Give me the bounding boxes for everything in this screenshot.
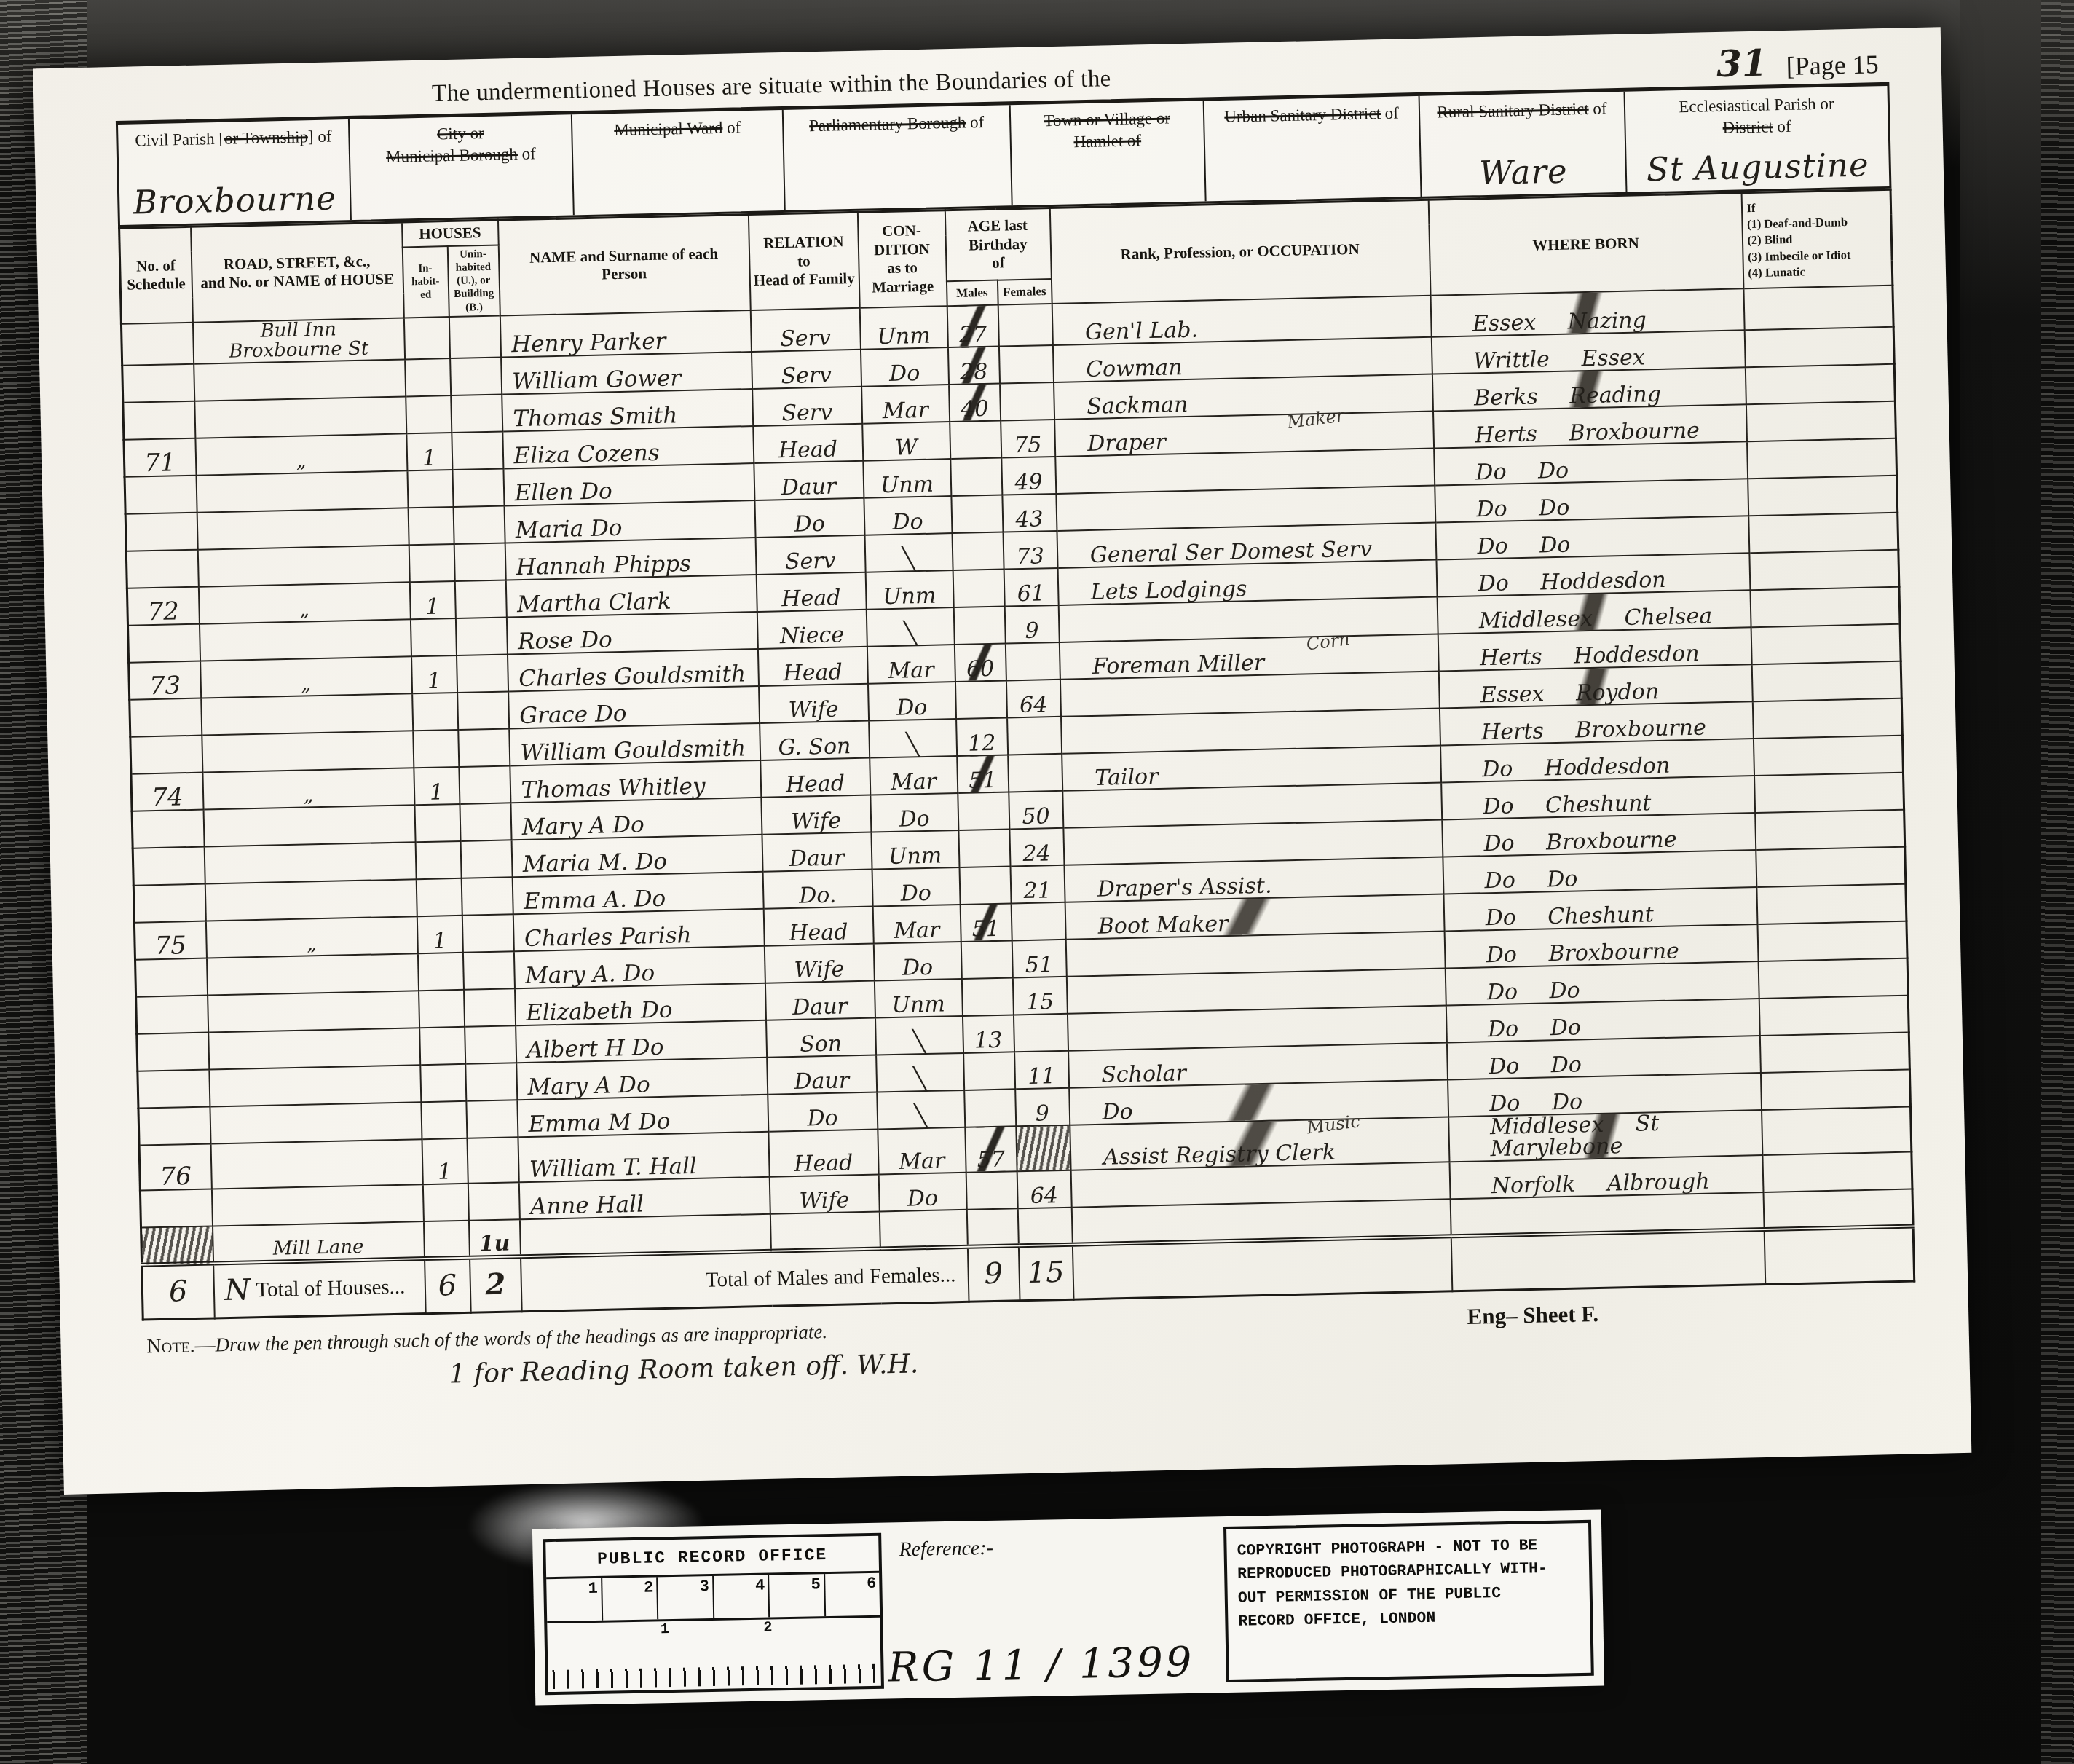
cell-relation <box>770 1211 880 1251</box>
cell-schedule: 73 <box>129 661 201 699</box>
cell-age-male <box>953 569 1004 607</box>
cell-disability <box>1750 586 1900 626</box>
cell-name: Henry Parker <box>500 310 751 357</box>
cell-where-born: Essex Roydon <box>1438 664 1752 708</box>
cell-age-female: 21 <box>1010 865 1065 903</box>
cell-schedule: 72 <box>127 586 199 625</box>
cell-road <box>194 359 406 401</box>
cell-schedule <box>125 475 197 513</box>
cell-age-male <box>959 866 1011 905</box>
cell-condition: ╲ <box>869 719 957 758</box>
cell-inhabited <box>415 840 461 878</box>
cell-condition: Unm <box>871 830 959 870</box>
cell-relation: Son <box>766 1017 876 1057</box>
cell-uninhabited <box>449 316 500 358</box>
cell-name: Charles Parish <box>513 908 764 950</box>
ruler-number-cell: 4 <box>714 1575 770 1618</box>
district-field: Parliamentary Borough of <box>784 105 1013 210</box>
cell-where-born: Herts Hoddesdon <box>1438 627 1751 671</box>
cell-age-male <box>961 940 1012 979</box>
cell-name: Emma M Do <box>517 1094 768 1136</box>
cell-relation: Head <box>768 1129 878 1176</box>
cell-uninhabited <box>454 543 505 581</box>
cell-age-female: 49 <box>1001 457 1056 495</box>
cell-name: Anne Hall <box>518 1176 770 1218</box>
cell-road: „ <box>205 916 417 958</box>
census-paper-sheet: The undermentioned Houses are situate wi… <box>33 27 1971 1495</box>
cell-disability <box>1743 286 1893 330</box>
totals-schedule: 6 <box>142 1263 215 1320</box>
cell-name: Martha Clark <box>505 575 757 617</box>
cell-condition: Unm <box>874 979 962 1018</box>
cell-condition: Do <box>870 793 958 832</box>
photo-background-right-band <box>1960 0 2041 1764</box>
col-header-males: Males <box>946 280 998 307</box>
cell-road <box>204 842 416 883</box>
cell-schedule <box>141 1226 213 1264</box>
cell-name: Charles Gouldsmith <box>507 649 758 691</box>
cell-road <box>202 731 414 772</box>
cell-condition: Unm <box>863 459 951 498</box>
cell-where-born: Berks Reading <box>1432 367 1746 411</box>
district-field-label: Rural Sanitary District of <box>1426 98 1619 124</box>
district-field-label: Urban Sanitary District of <box>1210 102 1413 128</box>
reference-area: Reference:- RG 11 / 1399 <box>881 1527 1226 1689</box>
scanned-census-page: { "page": { "title": "The undermentioned… <box>0 0 2074 1764</box>
cell-disability <box>1747 438 1897 478</box>
cell-relation: Head <box>753 423 863 462</box>
col-header-age-group: AGE last Birthday of <box>945 208 1051 282</box>
cell-disability <box>1745 363 1895 403</box>
district-field-value: Broxbourne <box>119 178 350 222</box>
cell-relation: Head <box>760 757 870 797</box>
cell-name: William T. Hall <box>518 1131 769 1181</box>
cell-condition: Mar <box>878 1127 966 1174</box>
cell-disability <box>1751 661 1901 701</box>
district-field-label: Municipal Ward of <box>578 116 777 142</box>
cell-road <box>205 879 417 921</box>
cell-condition: ╲ <box>877 1090 965 1129</box>
col-header-relation: RELATION to Head of Family <box>748 212 859 310</box>
cell-inhabited <box>408 507 454 545</box>
cell-age-female: 61 <box>1004 568 1058 607</box>
cell-age-female: 51 <box>1012 939 1066 977</box>
cell-inhabited <box>407 470 453 508</box>
cell-age-female <box>1013 1013 1068 1052</box>
cell-name: Mary A. Do <box>513 945 765 988</box>
cell-relation: Do <box>754 497 864 537</box>
cell-disability <box>1744 326 1894 366</box>
cell-road <box>210 1102 422 1143</box>
totals-females: 15 <box>1018 1244 1073 1301</box>
cell-uninhabited <box>461 877 513 916</box>
col-header-schedule: No. of Schedule <box>119 227 193 324</box>
cell-uninhabited <box>462 951 514 990</box>
cell-uninhabited <box>450 357 502 395</box>
cell-disability <box>1754 772 1904 812</box>
cell-name: Mary A Do <box>516 1057 768 1099</box>
cell-relation: Wife <box>764 943 874 983</box>
cell-where-born: Do Cheshunt <box>1443 887 1757 931</box>
cell-age-male: 27 <box>947 305 998 347</box>
cell-age-male <box>958 792 1009 830</box>
cell-relation: Head <box>763 906 873 945</box>
district-field-value: St Augustine <box>1626 145 1889 189</box>
cell-road <box>197 545 409 586</box>
cell-name: Eliza Cozens <box>502 426 754 468</box>
cell-road: „ <box>200 656 412 698</box>
cell-schedule <box>130 735 202 773</box>
cell-age-male <box>964 1089 1016 1127</box>
cell-condition: Mar <box>872 905 961 944</box>
cell-age-male: 13 <box>962 1015 1014 1053</box>
cell-relation: Do. <box>762 869 872 908</box>
cell-schedule <box>133 883 205 922</box>
cell-road <box>197 508 409 549</box>
col-header-females: Females <box>997 279 1052 305</box>
cell-condition: Unm <box>859 306 947 349</box>
cell-relation: Daur <box>765 980 875 1020</box>
cell-age-female: 73 <box>1003 531 1057 570</box>
cell-where-born: Do Do <box>1434 441 1748 485</box>
cell-uninhabited <box>462 914 513 953</box>
cell-where-born: Do Do <box>1435 479 1748 522</box>
cell-schedule <box>125 512 197 551</box>
cell-road <box>199 619 411 661</box>
cell-relation: Serv <box>752 386 862 425</box>
cell-age-female: 43 <box>1002 494 1057 532</box>
cell-name: Hannah Phipps <box>505 538 756 580</box>
cell-relation: Head <box>756 572 866 611</box>
cell-where-born: Herts Broxbourne <box>1439 701 1753 745</box>
page-number-stamp: 31[Page 15 <box>1716 39 1879 85</box>
cell-inhabited: 1 <box>414 767 460 805</box>
cell-condition: Mar <box>867 645 955 684</box>
cell-condition: Do <box>872 867 960 907</box>
ruler-number-cell: 2 <box>602 1577 659 1620</box>
cell-disability <box>1751 623 1901 664</box>
cell-age-female <box>998 304 1052 346</box>
totals-born-empty <box>1451 1229 1765 1291</box>
cell-disability <box>1755 809 1905 849</box>
cell-age-male <box>966 1171 1017 1210</box>
cell-where-born: Middlesex St Marylebone <box>1448 1110 1762 1162</box>
cell-schedule <box>135 958 207 996</box>
cell-schedule <box>126 549 198 588</box>
cell-relation: Wife <box>759 683 869 722</box>
cell-uninhabited <box>452 431 503 470</box>
cell-road <box>206 953 418 995</box>
cell-schedule <box>133 846 205 885</box>
cell-where-born: Do Do <box>1446 1036 1760 1079</box>
col-header-uninhabited: Unin- habited (U.), or Building (B.) <box>447 245 500 317</box>
cell-disability <box>1757 921 1907 961</box>
cell-inhabited <box>416 878 462 916</box>
sheet-label: Eng– Sheet F. <box>1467 1301 1598 1330</box>
district-field: Municipal Ward of <box>572 110 786 215</box>
cell-age-female <box>1005 642 1060 680</box>
cell-where-born: Essex Nazing <box>1430 288 1744 336</box>
cell-uninhabited <box>457 691 509 730</box>
cell-name <box>519 1213 770 1256</box>
cell-inhabited <box>419 989 465 1027</box>
cell-schedule <box>132 809 204 848</box>
cell-relation: Niece <box>757 609 867 648</box>
cell-where-born <box>1450 1192 1764 1236</box>
cell-schedule: 74 <box>131 772 203 811</box>
cell-uninhabited <box>454 580 506 618</box>
cell-inhabited: 1 <box>409 581 455 619</box>
cell-schedule <box>136 995 208 1033</box>
cell-where-born: Do Do <box>1445 961 1759 1005</box>
cell-age-female <box>1008 753 1062 792</box>
cell-condition <box>879 1209 967 1248</box>
col-header-occupation: Rank, Profession, or OCCUPATION <box>1049 200 1430 304</box>
cell-where-born: Do Cheshunt <box>1441 776 1755 819</box>
cell-disability <box>1753 735 1903 775</box>
cell-where-born: Do Do <box>1448 1073 1762 1117</box>
cell-inhabited <box>421 1100 467 1138</box>
cell-condition: ╲ <box>876 1053 964 1092</box>
cell-age-female <box>998 345 1053 384</box>
cell-where-born: Do Broxbourne <box>1444 924 1758 968</box>
cell-condition: Do <box>864 496 952 535</box>
cell-name: Maria M. Do <box>511 834 762 876</box>
cell-age-male <box>953 606 1005 645</box>
cell-name: Ellen Do <box>503 463 754 505</box>
ruler-number-cell: 1 <box>546 1578 603 1621</box>
district-field: Rural Sanitary District ofWare <box>1420 92 1628 197</box>
cell-relation: Head <box>757 646 867 685</box>
district-field-label: Civil Parish [or Township] of <box>124 125 343 151</box>
cell-inhabited <box>409 544 454 582</box>
ruler-cm-scale: 12 <box>547 1618 881 1692</box>
cell-age-male <box>951 495 1003 533</box>
census-table-body: Bull Inn Broxbourne StHenry ParkerServUn… <box>121 286 1913 1264</box>
district-field: City or Municipal Borough of <box>350 114 575 220</box>
cell-road <box>201 693 413 735</box>
col-header-houses-group: HOUSES <box>401 220 498 247</box>
cell-condition: Unm <box>865 570 953 610</box>
cell-inhabited <box>417 952 463 990</box>
cell-condition: Mar <box>870 756 958 795</box>
cell-inhabited <box>419 1026 465 1064</box>
cell-age-male: 57 <box>965 1126 1017 1173</box>
cell-uninhabited <box>455 617 507 655</box>
district-field: Urban Sanitary District of <box>1204 96 1422 201</box>
cell-disability <box>1752 698 1902 738</box>
cell-name: Rose Do <box>506 612 757 654</box>
cell-schedule <box>138 1069 210 1108</box>
col-header-condition: CON- DITION as to Marriage <box>857 210 947 308</box>
cell-age-female: 24 <box>1009 827 1064 866</box>
cell-name: Thomas Whitley <box>510 760 761 802</box>
cell-where-born: Middlesex Chelsea <box>1437 590 1751 634</box>
public-record-office-stamp: PUBLIC RECORD OFFICE 123456 12 Reference… <box>532 1510 1604 1706</box>
cell-where-born: Norfolk Albrough <box>1449 1155 1763 1199</box>
cell-schedule: 75 <box>134 921 206 959</box>
page-label: [Page 15 <box>1786 50 1879 81</box>
cell-age-female <box>1011 902 1065 940</box>
cell-disability <box>1760 1069 1910 1109</box>
cell-name: Grace Do <box>508 686 760 728</box>
cell-uninhabited <box>459 765 510 804</box>
pro-office-title: PUBLIC RECORD OFFICE <box>545 1536 879 1577</box>
ruler-sub-number: 1 <box>661 1621 669 1638</box>
cell-inhabited <box>410 618 456 656</box>
cell-relation: Daur <box>762 832 872 871</box>
cell-age-male <box>958 829 1010 867</box>
cell-age-male: 60 <box>954 643 1006 682</box>
cell-inhabited: 1 <box>422 1138 468 1184</box>
cell-schedule <box>130 698 202 736</box>
col-header-inhabited: In- habit- ed <box>402 246 449 318</box>
cell-age-female <box>1017 1207 1072 1245</box>
cell-inhabited <box>406 395 452 433</box>
cell-uninhabited <box>465 1063 517 1101</box>
census-sheet-content: The undermentioned Houses are situate wi… <box>115 43 1917 1396</box>
cell-disability <box>1758 958 1908 998</box>
col-header-name: NAME and Surname of each Person <box>497 215 750 316</box>
cell-schedule <box>138 1106 210 1145</box>
cell-road <box>208 1028 420 1069</box>
cell-uninhabited <box>464 988 516 1027</box>
cell-schedule <box>140 1189 212 1227</box>
totals-occupation-empty <box>1072 1236 1452 1299</box>
cell-age-female: 15 <box>1012 976 1067 1015</box>
cell-inhabited <box>405 358 451 396</box>
ruler-tick-marks <box>552 1664 876 1689</box>
cell-road: „ <box>195 433 407 475</box>
cell-road: „ <box>198 582 410 623</box>
cell-relation: Daur <box>754 460 864 500</box>
cell-road <box>194 396 406 438</box>
cell-relation: G. Son <box>760 720 870 760</box>
cell-condition: Do <box>867 682 955 721</box>
cell-uninhabited <box>453 505 505 544</box>
footnote-word: Note.— <box>146 1334 216 1358</box>
cell-condition: Do <box>878 1172 966 1211</box>
copyright-notice-box: COPYRIGHT PHOTOGRAPH - NOT TO BE REPRODU… <box>1223 1520 1594 1682</box>
cell-schedule <box>122 363 194 402</box>
cell-disability <box>1762 1151 1912 1192</box>
cell-age-male <box>961 977 1013 1016</box>
cell-inhabited <box>423 1220 469 1258</box>
cell-inhabited <box>413 730 459 768</box>
cell-disability <box>1762 1106 1912 1154</box>
cell-age-female <box>1007 716 1062 755</box>
cell-relation: Serv <box>752 349 861 388</box>
cell-age-male: 51 <box>960 903 1012 942</box>
cell-road: „ <box>202 768 414 809</box>
cell-schedule: 76 <box>139 1143 211 1190</box>
cell-condition: Mar <box>861 385 950 424</box>
cell-age-male: 40 <box>949 383 1001 422</box>
cell-road: Bull Inn Broxbourne St <box>192 318 404 363</box>
cell-inhabited <box>414 804 460 842</box>
totals-males-females-label-cell: Total of Males and Females... <box>521 1246 969 1311</box>
cell-age-male <box>963 1052 1015 1090</box>
cell-age-female: 9 <box>1004 605 1059 644</box>
cell-name: Emma A. Do <box>512 871 763 913</box>
cell-relation: Serv <box>750 308 860 352</box>
ruler-sub-number: 2 <box>763 1619 772 1636</box>
cell-age-female: 64 <box>1017 1170 1071 1208</box>
cell-condition: Do <box>860 347 948 387</box>
cell-road <box>209 1065 421 1106</box>
cell-schedule <box>123 401 195 439</box>
district-field-label: Town or Village or Hamlet of <box>1017 107 1198 154</box>
ruler-number-cell: 5 <box>769 1574 826 1617</box>
cell-road: Mill Lane <box>212 1221 424 1263</box>
cell-disability <box>1748 512 1898 552</box>
cell-name: Mary A Do <box>510 797 762 839</box>
cell-disability <box>1756 883 1907 924</box>
cell-uninhabited <box>460 803 511 841</box>
cell-uninhabited <box>456 654 508 693</box>
cell-schedule: 71 <box>124 438 196 476</box>
cell-where-born: Herts Broxbourne <box>1433 404 1747 448</box>
cell-road <box>210 1139 422 1189</box>
cell-name: William Gower <box>501 352 752 394</box>
cell-disability <box>1749 549 1899 589</box>
cell-condition: ╲ <box>875 1016 963 1055</box>
cell-schedule <box>127 623 200 662</box>
cell-age-male: 51 <box>957 755 1009 793</box>
cell-age-male <box>952 532 1004 570</box>
col-header-born: WHERE BORN <box>1428 193 1743 296</box>
totals-check-mark: N <box>224 1276 251 1306</box>
cell-age-male: 12 <box>956 717 1008 756</box>
ruler-inch-scale: 123456 <box>546 1571 880 1623</box>
cell-where-born: Do Hoddesdon <box>1436 553 1750 596</box>
cell-disability <box>1763 1189 1913 1229</box>
cell-schedule <box>137 1032 209 1071</box>
cell-disability <box>1748 475 1898 515</box>
cell-where-born: Do Do <box>1435 516 1749 559</box>
cell-disability <box>1759 995 1909 1035</box>
district-field-label: Ecclesiastical Parish or District of <box>1631 92 1882 141</box>
totals-inhabited: 6 <box>425 1257 471 1313</box>
cell-age-male <box>950 457 1002 496</box>
cell-inhabited <box>420 1063 466 1101</box>
cell-age-female: 50 <box>1009 790 1063 829</box>
totals-houses-label: Total of Houses... <box>256 1275 414 1302</box>
district-field: Town or Village or Hamlet of <box>1011 101 1207 205</box>
cell-road <box>196 470 408 512</box>
cell-disability <box>1756 846 1906 886</box>
district-field-value: Ware <box>1421 151 1625 194</box>
totals-uninhabited: 2 <box>470 1256 522 1313</box>
reference-value-handwritten: RG 11 / 1399 <box>888 1639 1195 1692</box>
cell-where-born: Do Do <box>1446 999 1759 1042</box>
cell-uninhabited <box>451 394 502 433</box>
cell-relation: Wife <box>761 795 871 834</box>
cell-condition: ╲ <box>864 533 953 572</box>
reference-label: Reference:- <box>899 1533 1207 1562</box>
cell-uninhabited <box>467 1137 518 1184</box>
cell-schedule <box>121 323 193 366</box>
pro-ruler-box: PUBLIC RECORD OFFICE 123456 12 <box>543 1533 884 1695</box>
cell-inhabited: 1 <box>417 915 462 953</box>
cell-where-born: Do Hoddesdon <box>1440 739 1754 782</box>
cell-inhabited: 1 <box>411 655 457 693</box>
cell-relation: Do <box>768 1092 878 1131</box>
census-table: No. of Schedule ROAD, STREET, &c., and N… <box>118 189 1915 1321</box>
cell-age-male <box>950 420 1001 459</box>
cell-road <box>211 1184 423 1226</box>
page-title: The undermentioned Houses are situate wi… <box>432 66 1111 107</box>
